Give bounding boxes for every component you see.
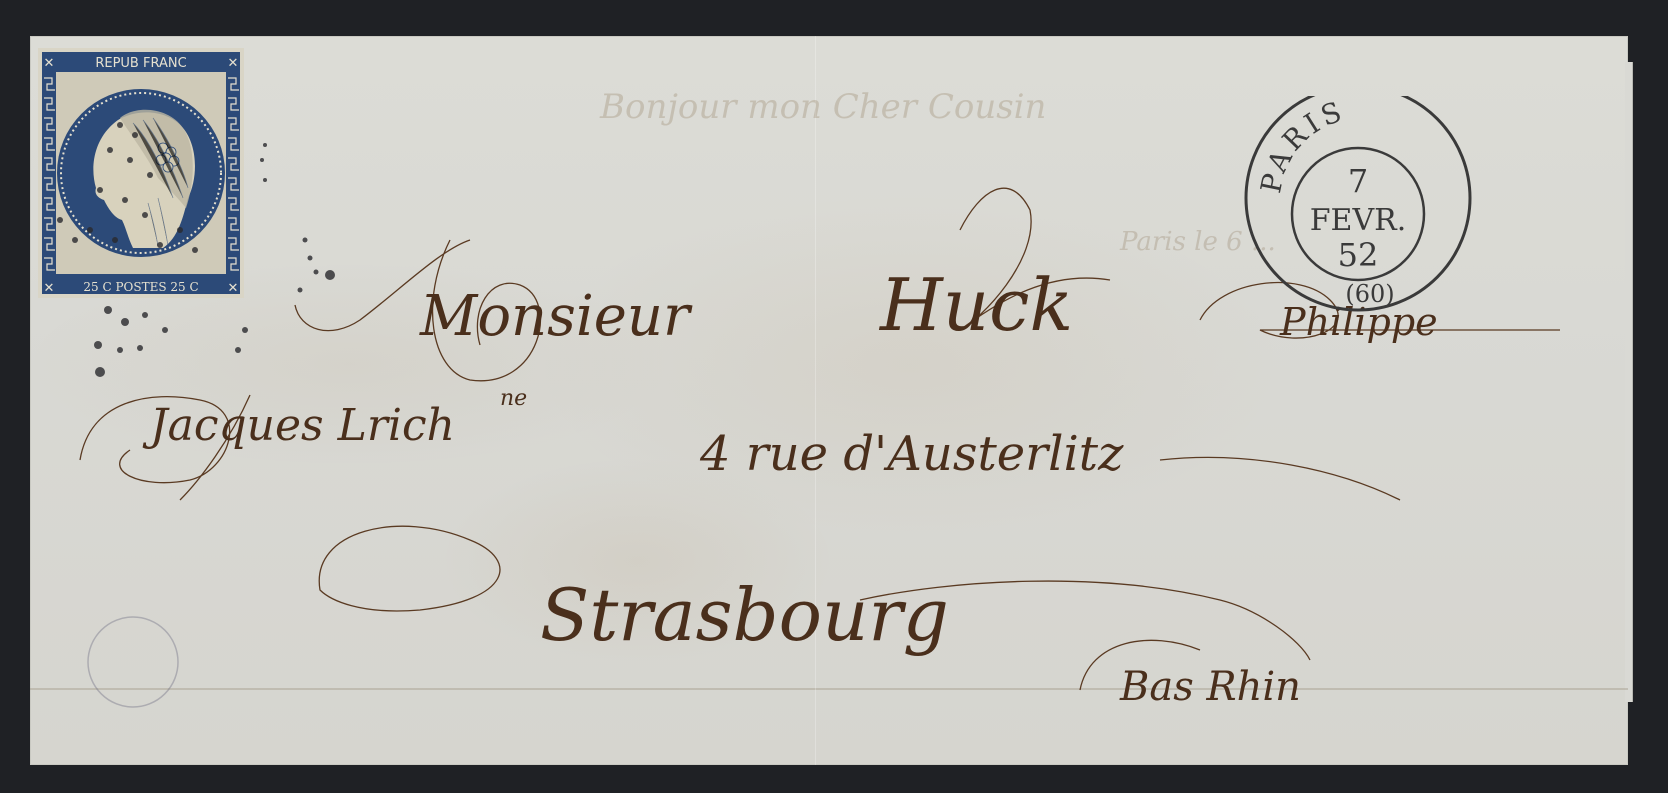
- envelope-flap-edge: [1625, 62, 1633, 702]
- postmark-code: (60): [1345, 280, 1394, 308]
- paris-postmark: PARIS 7 FEVR. 52 (60): [1240, 96, 1480, 340]
- fold-line: [30, 688, 1628, 690]
- svg-text:✕: ✕: [44, 56, 55, 71]
- postmark-month: FEVR.: [1310, 203, 1407, 238]
- svg-text:✕: ✕: [228, 56, 239, 71]
- svg-text:✕: ✕: [44, 281, 55, 296]
- stamp-bottom-text: 25 C POSTES 25 C: [83, 280, 198, 294]
- postmark-day: 7: [1348, 162, 1368, 200]
- vertical-fold: [815, 36, 816, 765]
- svg-text:✕: ✕: [228, 281, 239, 296]
- stamp-top-text: REPUB FRANC: [95, 56, 186, 71]
- postage-stamp: REPUB FRANC ✕ ✕ ✕ ✕ 25 C POSTES 25 C: [38, 48, 244, 298]
- postmark-year: 52: [1338, 236, 1379, 274]
